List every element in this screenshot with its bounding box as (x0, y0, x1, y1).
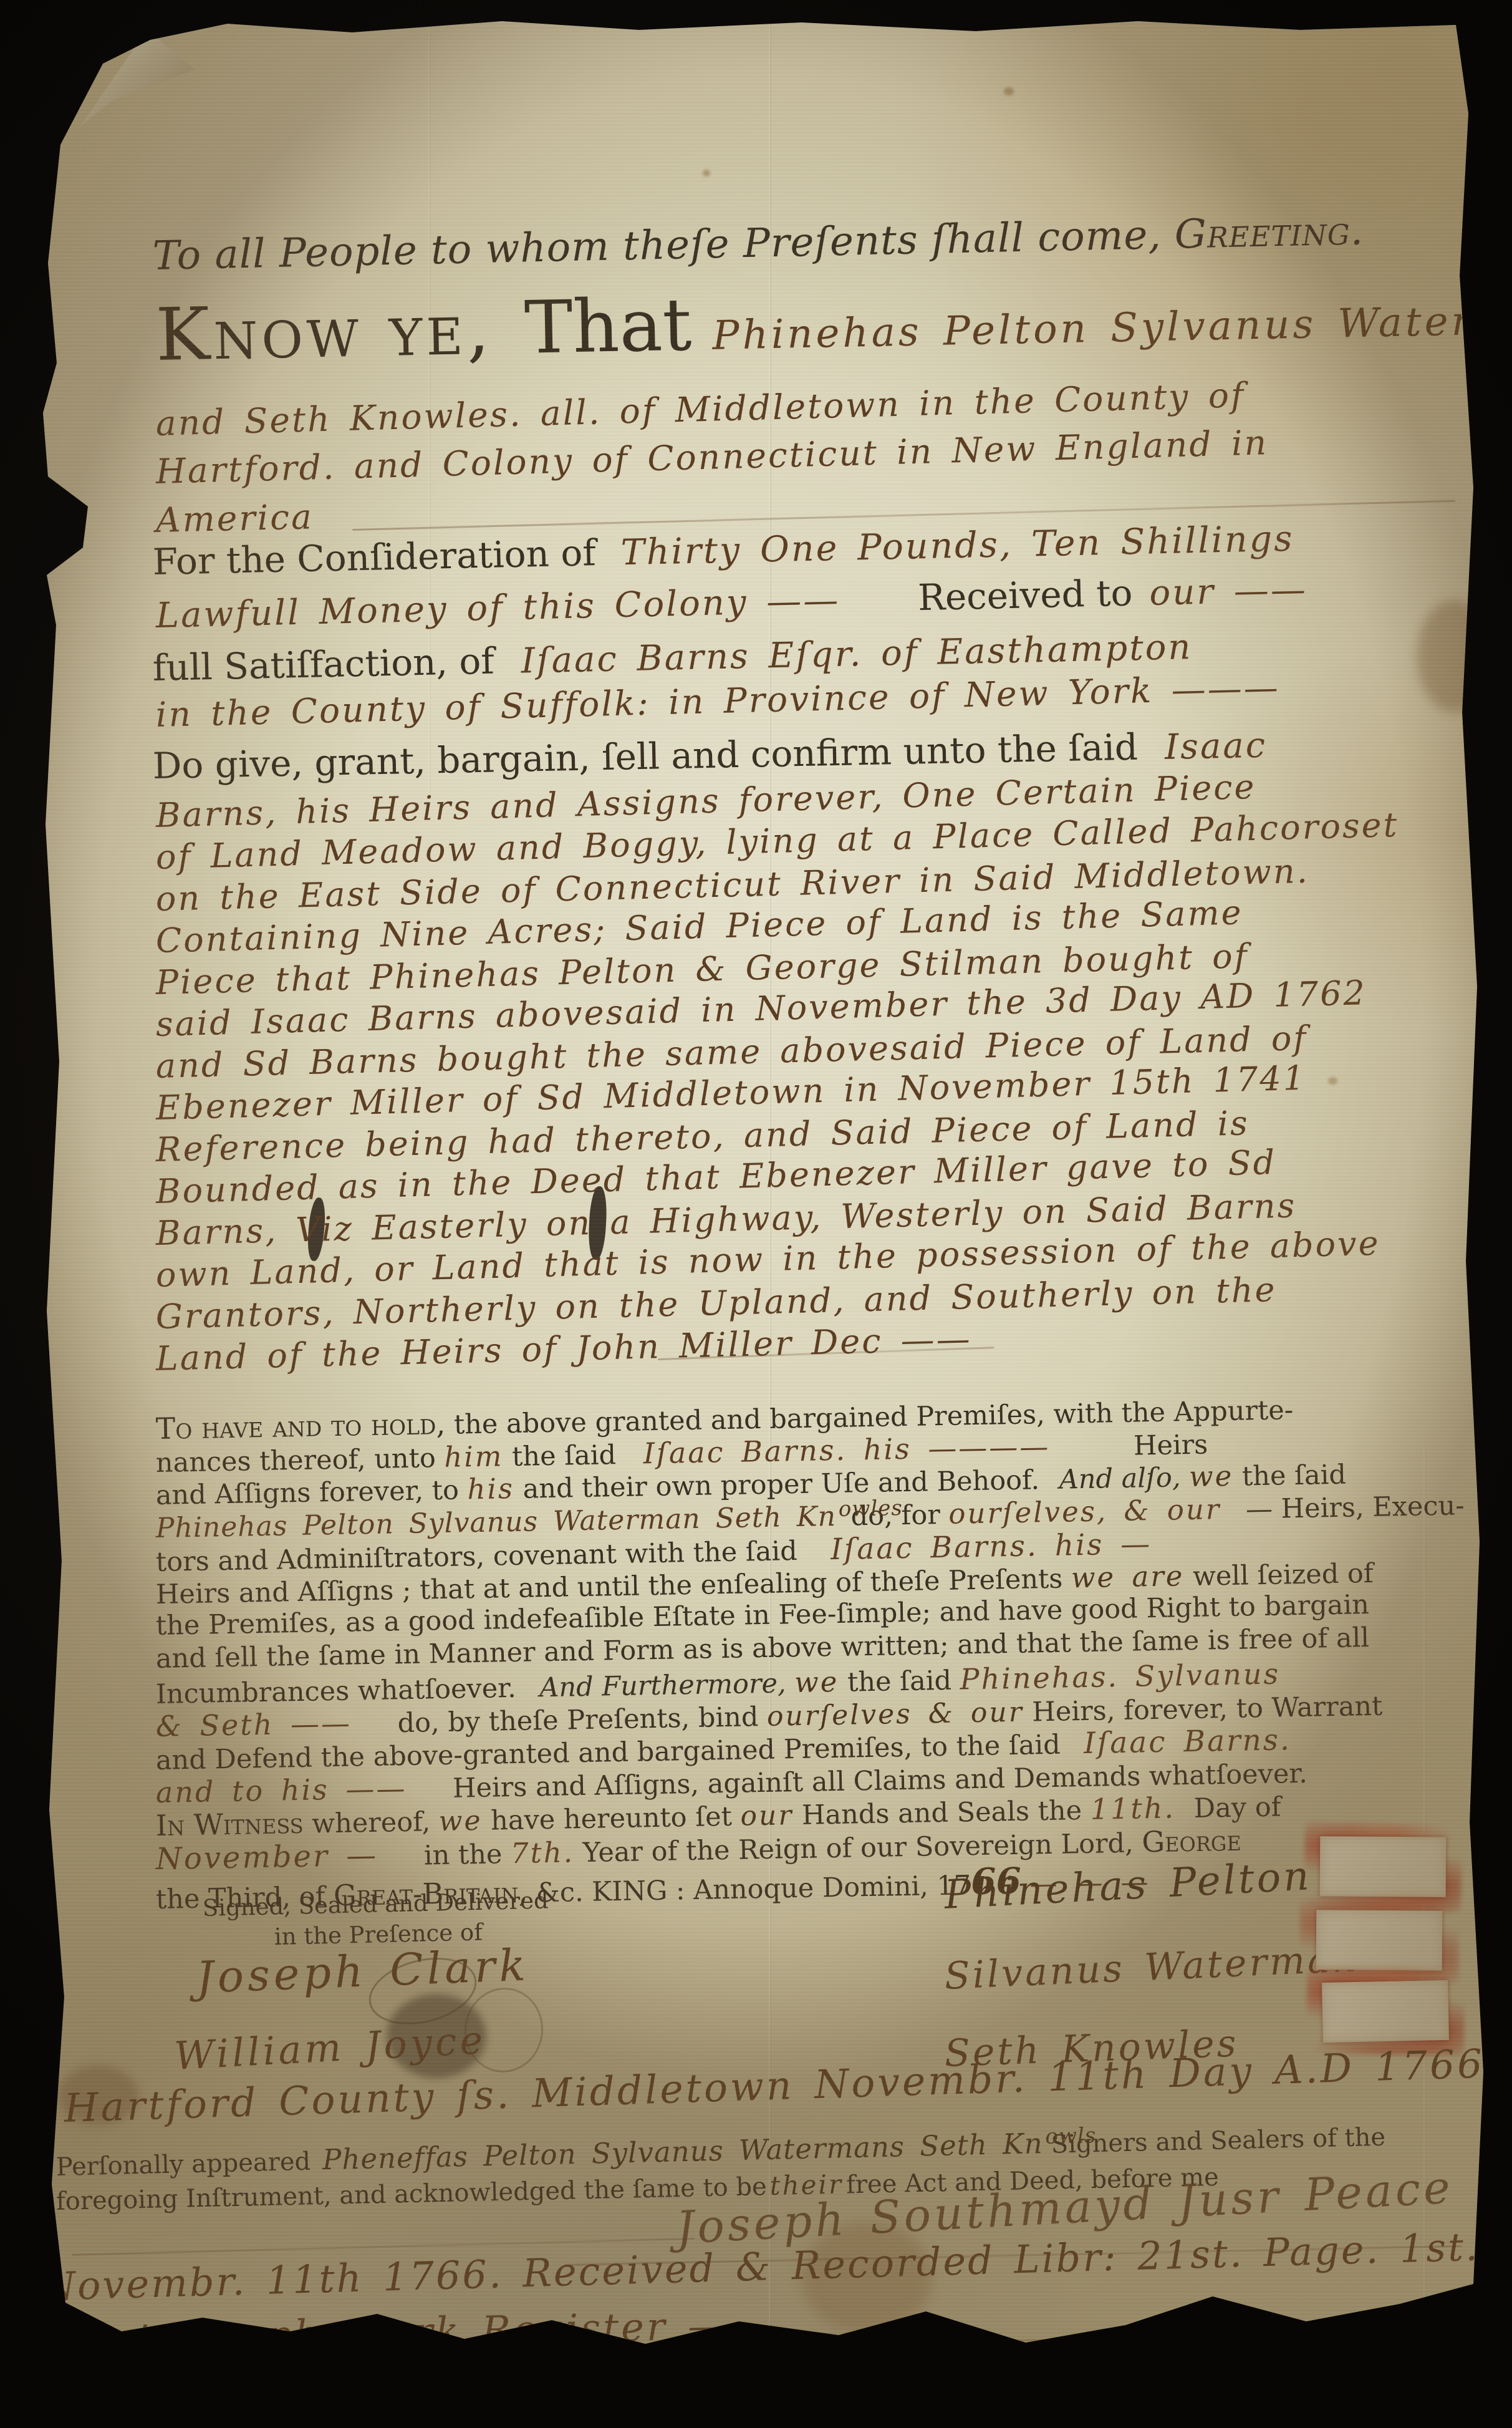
hw-insert: we (794, 1665, 839, 1699)
hw-text: our —— (1149, 569, 1308, 614)
hw-insert: his (467, 1472, 514, 1506)
printed-text: well ſeized of (1193, 1558, 1374, 1592)
hw-text: Lawfull Money of this Colony —— (155, 580, 840, 636)
printed-text: have hereunto ſet (491, 1801, 733, 1837)
printed-text: For the Conſideration of (152, 531, 596, 583)
printed-text: whereof, (312, 1806, 431, 1839)
hw-insert: 11th. (1090, 1791, 1175, 1826)
hw-text: Isaac (1164, 725, 1267, 768)
flourish-line (627, 2339, 1063, 2348)
printed-text: George (1142, 1824, 1241, 1859)
printed-text: the ſaid (512, 1439, 617, 1473)
hw-insert: him (444, 1439, 504, 1474)
grantor-signature: Silvanus Waterman (943, 1937, 1360, 1998)
know-ye-label: Know ye, (155, 287, 494, 377)
hw-insert: our (740, 1799, 794, 1832)
hw-insert: we are (1071, 1559, 1185, 1594)
fox-spot (1004, 87, 1014, 95)
seal-paper-wafer (1322, 1980, 1449, 2043)
hw-amount: Thirty One Pounds, Ten Shillings (620, 518, 1294, 574)
printed-text: the ſaid (847, 1665, 952, 1698)
header-greeting: Greeting. (1174, 208, 1364, 258)
deed-paper: To all People to whom theſe Preſents ſha… (28, 14, 1490, 2360)
hw-insert: & Seth —— (155, 1706, 352, 1743)
printed-text: full Satiſfaction, of (152, 640, 494, 689)
wax-seal (1316, 1977, 1455, 2046)
grantor-names-hw: Phinehas Pelton Sylvanus Waterman (712, 296, 1512, 359)
hw-line: America (155, 496, 314, 540)
hw-insert: and to his —— (155, 1771, 407, 1809)
printed-text: Signers and Sealers of the (1051, 2123, 1385, 2159)
hw-insert-above: owls (1045, 2123, 1097, 2149)
seal-paper-wafer (1316, 1910, 1443, 1970)
hw-insert: we (1189, 1459, 1234, 1493)
hw-insert-above: owles (838, 1496, 903, 1522)
witness-signature: Joseph Clark (195, 1940, 530, 2003)
header-text: To all People to whom theſe Preſents ſha… (152, 212, 1175, 279)
folded-corner (77, 26, 198, 129)
printed-text: the ſaid (1242, 1459, 1347, 1492)
printed-text: nances thereof, unto (156, 1443, 436, 1479)
hw-insert: November — (155, 1838, 378, 1877)
printed-text: Perſonally appeared (55, 2147, 311, 2182)
hw-insert: ourſelves & our (767, 1696, 1024, 1733)
printed-text: And alſo, (1059, 1462, 1181, 1495)
fox-spot (1328, 1077, 1337, 1085)
hw-insert: we (438, 1805, 483, 1837)
know-ye-line: Know ye, That Phinehas Pelton Sylvanus W… (155, 266, 1512, 377)
hw-insert: ourſelves, & our (948, 1492, 1221, 1531)
printed-text: Day of (1193, 1792, 1281, 1824)
printed-text: and Aſſigns forever, to (155, 1475, 459, 1511)
printed-text: Heirs, forever, to Warrant (1032, 1691, 1383, 1728)
printed-text: — Heirs, Execu- (1246, 1490, 1465, 1525)
printed-text: Received to (917, 571, 1133, 619)
printed-text: Heirs (1134, 1429, 1208, 1462)
know-ye-that: That (524, 283, 692, 370)
deed-photo: { "colors": { "backdrop": "#0d0b08", "pa… (0, 0, 1512, 2428)
witness-signature: William Joyce (173, 2017, 487, 2079)
wax-seal (1312, 1831, 1453, 1902)
printed-text: &c. KING : Annoque Domini, 17 (536, 1870, 971, 1908)
seal-paper-wafer (1320, 1836, 1447, 1897)
printed-text: in the (423, 1839, 502, 1871)
wax-seal (1309, 1906, 1449, 1975)
hw-insert: 7th. (511, 1836, 575, 1870)
printed-text: And Furthermore, (539, 1668, 786, 1703)
printed-text: In Witness (155, 1806, 304, 1842)
record-line: Test Joseph Clark Register —— (64, 2301, 771, 2362)
header-line: To all People to whom theſe Preſents ſha… (152, 208, 1364, 279)
stain-right-edge (1417, 600, 1492, 712)
hw-insert: Iſaac Barns. (1084, 1723, 1292, 1761)
fox-spot (703, 170, 710, 177)
